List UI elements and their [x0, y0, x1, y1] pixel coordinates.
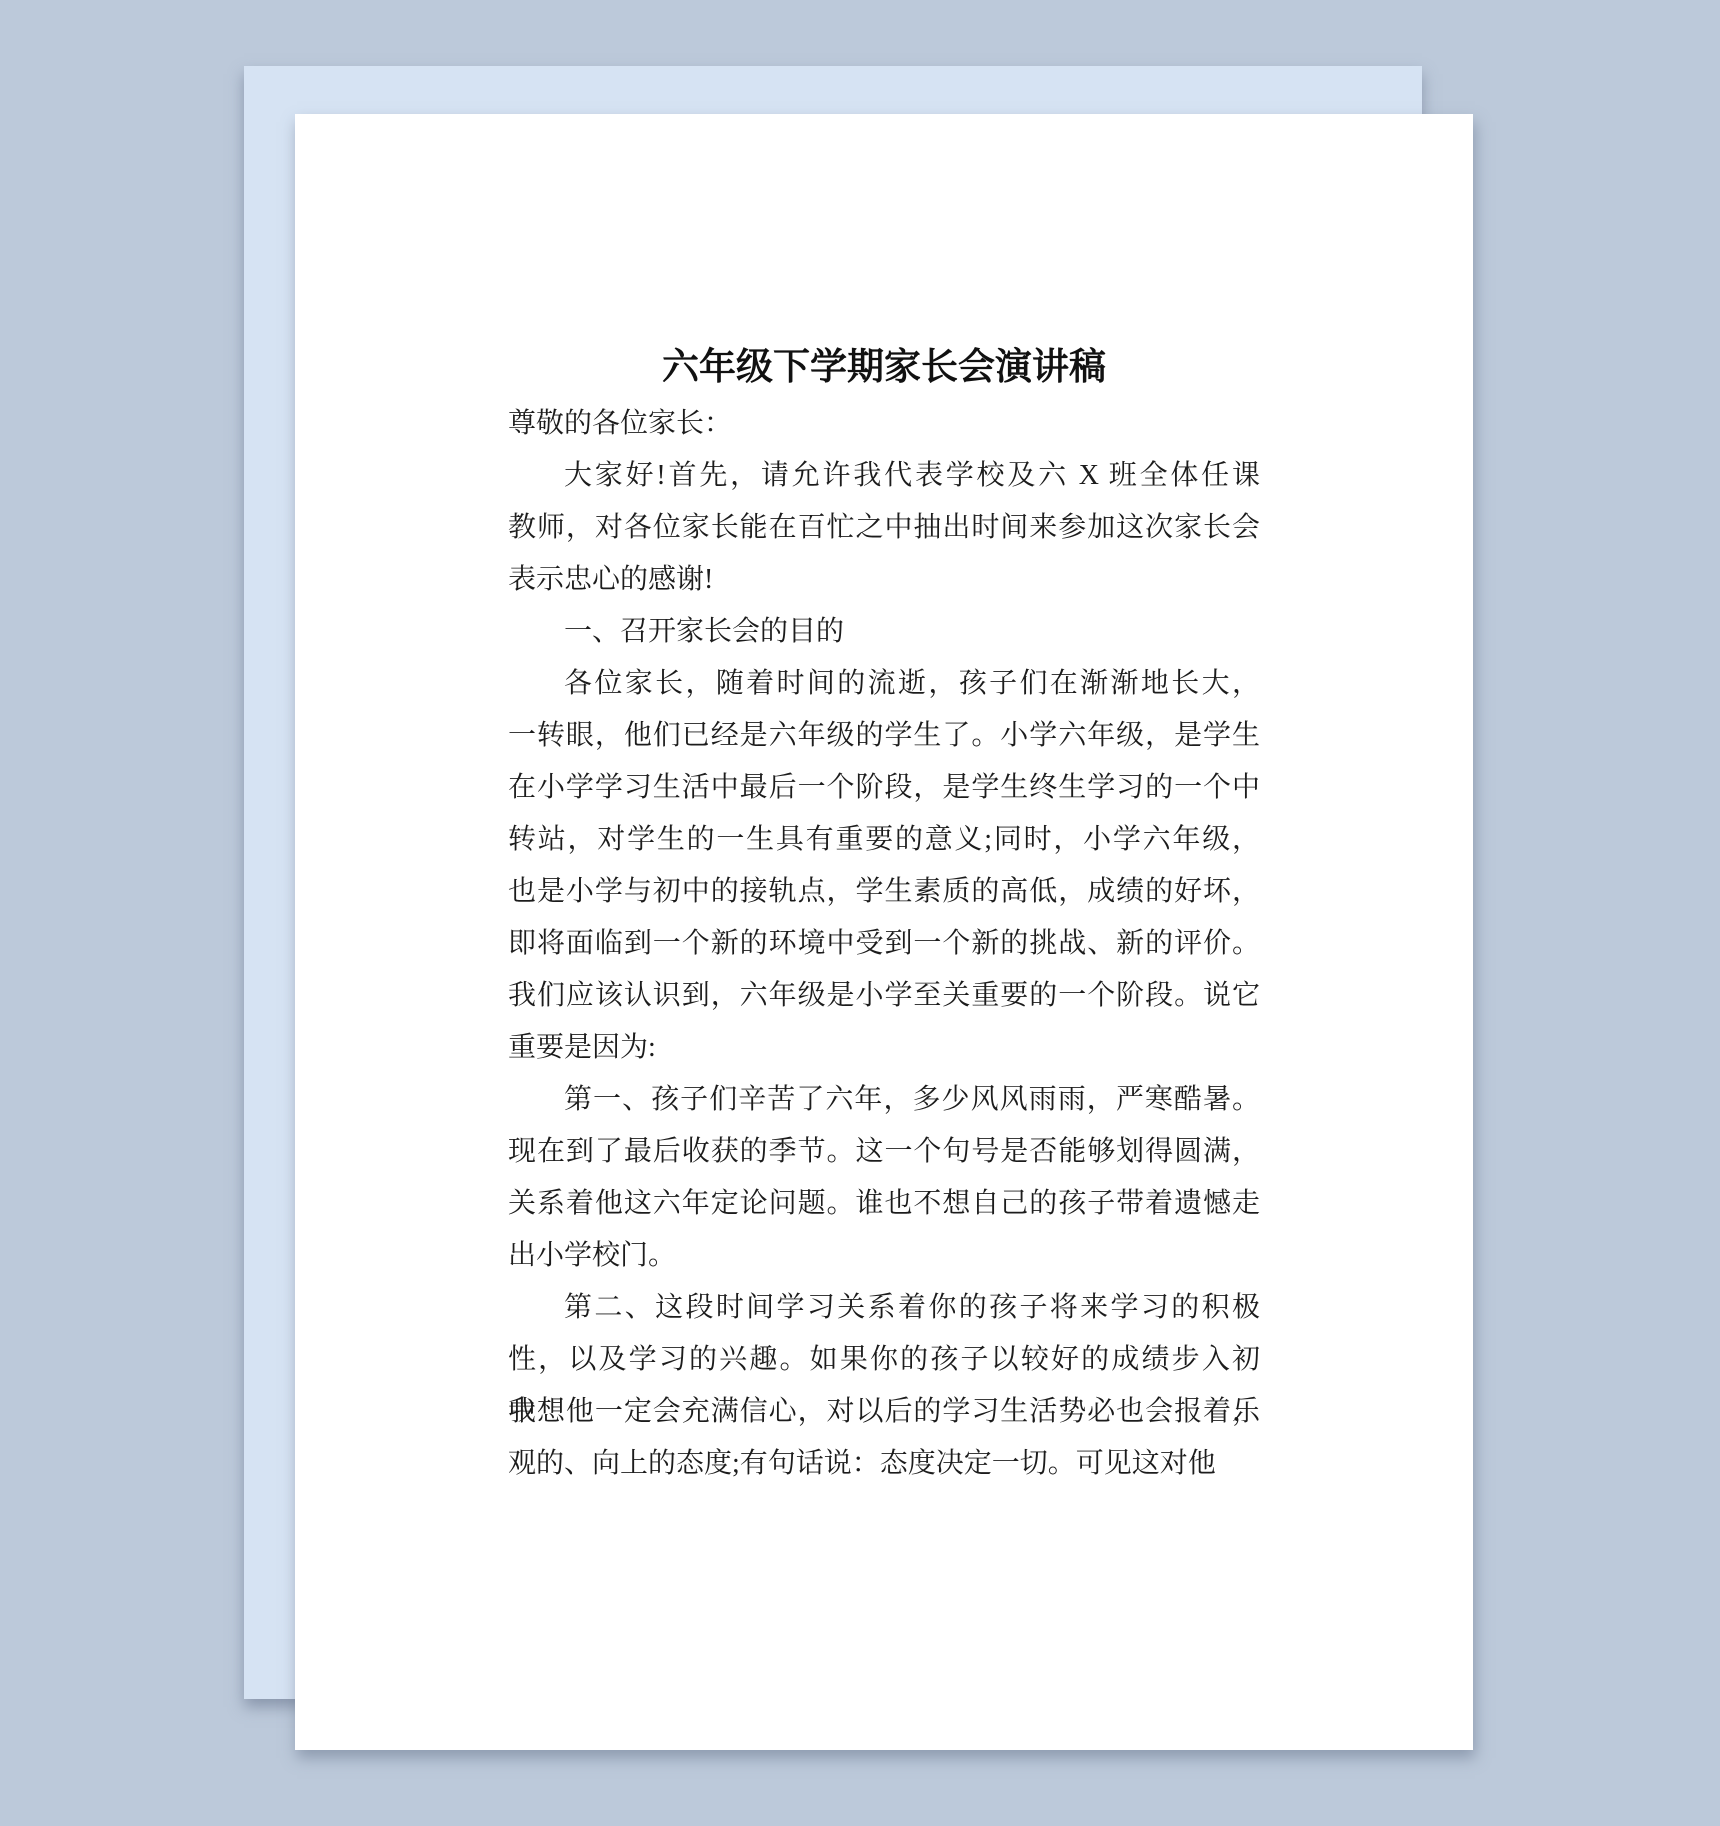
- document-title: 六年级下学期家长会演讲稿: [508, 338, 1260, 398]
- text-line: 尊敬的各位家长：: [508, 398, 1260, 450]
- text-line: 在小学学习生活中最后一个阶段，是学生终生学习的一个中: [508, 762, 1260, 814]
- text-line: 即将面临到一个新的环境中受到一个新的挑战、新的评价。: [508, 918, 1260, 970]
- text-line: 性，以及学习的兴趣。如果你的孩子以较好的成绩步入初中，: [508, 1334, 1260, 1386]
- text-line: 出小学校门。: [508, 1230, 1260, 1282]
- text-line: 重要是因为:: [508, 1022, 1260, 1074]
- text-line: 教师，对各位家长能在百忙之中抽出时间来参加这次家长会: [508, 502, 1260, 554]
- text-line: 现在到了最后收获的季节。这一个句号是否能够划得圆满，: [508, 1126, 1260, 1178]
- text-line: 关系着他这六年定论问题。谁也不想自己的孩子带着遗憾走: [508, 1178, 1260, 1230]
- text-line: 表示忠心的感谢!: [508, 554, 1260, 606]
- text-line: 第二、这段时间学习关系着你的孩子将来学习的积极: [508, 1282, 1260, 1334]
- text-line: 一转眼，他们已经是六年级的学生了。小学六年级，是学生: [508, 710, 1260, 762]
- text-line: 各位家长，随着时间的流逝，孩子们在渐渐地长大，: [508, 658, 1260, 710]
- text-line: 也是小学与初中的接轨点，学生素质的高低，成绩的好坏，: [508, 866, 1260, 918]
- text-line: 我们应该认识到，六年级是小学至关重要的一个阶段。说它: [508, 970, 1260, 1022]
- text-line: 第一、孩子们辛苦了六年，多少风风雨雨，严寒酷暑。: [508, 1074, 1260, 1126]
- text-line: 我想他一定会充满信心，对以后的学习生活势必也会报着乐: [508, 1386, 1260, 1438]
- desk-background: 六年级下学期家长会演讲稿 尊敬的各位家长：大家好!首先，请允许我代表学校及六 X…: [0, 0, 1720, 1826]
- document-body: 尊敬的各位家长：大家好!首先，请允许我代表学校及六 X 班全体任课教师，对各位家…: [508, 398, 1260, 1490]
- text-line: 观的、向上的态度;有句话说：态度决定一切。可见这对他: [508, 1438, 1260, 1490]
- text-line: 大家好!首先，请允许我代表学校及六 X 班全体任课: [508, 450, 1260, 502]
- document-page: 六年级下学期家长会演讲稿 尊敬的各位家长：大家好!首先，请允许我代表学校及六 X…: [295, 114, 1473, 1750]
- text-line: 一、召开家长会的目的: [508, 606, 1260, 658]
- text-line: 转站，对学生的一生具有重要的意义;同时，小学六年级，: [508, 814, 1260, 866]
